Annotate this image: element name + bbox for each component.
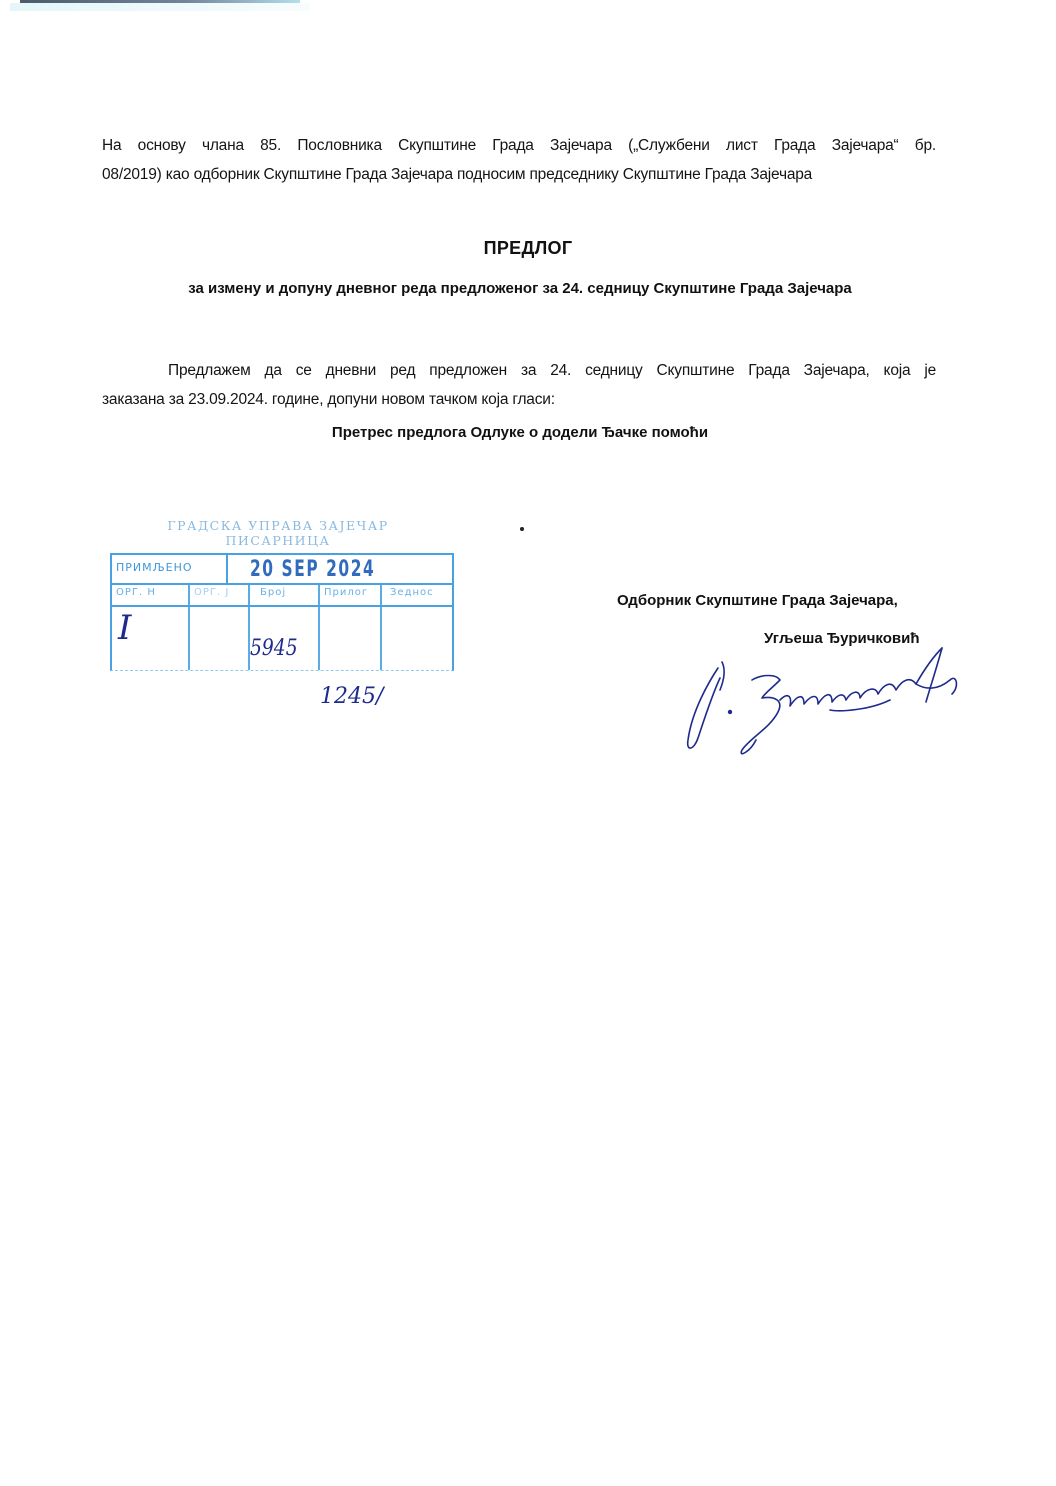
document-subtitle: за измену и допуну дневног реда предложе… xyxy=(0,280,1040,297)
handwritten-registry-number: 5945 xyxy=(250,636,298,661)
scan-edge-glow xyxy=(10,3,310,11)
stamp-divider xyxy=(226,555,228,583)
stamp-row-received: ПРИМЉЕНО 20 SEP 2024 xyxy=(112,555,452,585)
stamp-column-line xyxy=(380,583,382,670)
stamp-row-columns: ОРГ. Н ОРГ. Ј Број Прилог Зеднос xyxy=(112,583,452,607)
stamp-col-org-j: ОРГ. Ј xyxy=(194,587,229,598)
stamp-header-line-1: ГРАДСКА УПРАВА ЗАЈЕЧАР xyxy=(158,518,398,533)
stamp-col-attachment: Прилог xyxy=(324,587,368,598)
agenda-item: Претрес предлога Одлуке о додели Ђачке п… xyxy=(0,424,1040,441)
body-paragraph: Предлажем да се дневни ред предложен за … xyxy=(102,356,936,414)
stamp-header: ГРАДСКА УПРАВА ЗАЈЕЧАР ПИСАРНИЦА xyxy=(158,518,398,548)
stamp-received-label: ПРИМЉЕНО xyxy=(116,561,193,574)
intro-line-2: 08/2019) као одборник Скупштине Града За… xyxy=(102,160,936,189)
stray-dot xyxy=(520,527,524,531)
handwritten-org-mark: I xyxy=(118,608,131,648)
stamp-date: 20 SEP 2024 xyxy=(250,557,375,582)
stamp-column-line xyxy=(318,583,320,670)
document-title: ПРЕДЛОГ xyxy=(0,238,1056,259)
scan-edge xyxy=(20,0,300,3)
handwritten-extra-number: 1245/ xyxy=(320,684,383,709)
stamp-col-number: Број xyxy=(260,587,286,598)
signatory-role: Одборник Скупштине Града Зајечара, xyxy=(617,592,898,609)
stamp-col-org-n: ОРГ. Н xyxy=(116,587,156,598)
body-line-2: заказана за 23.09.2024. године, допуни н… xyxy=(102,385,936,414)
stamp-col-value: Зеднос xyxy=(390,587,434,598)
intro-line-1: На основу члана 85. Пословника Скупштине… xyxy=(102,131,936,160)
handwritten-signature xyxy=(680,640,980,760)
stamp-header-line-2: ПИСАРНИЦА xyxy=(158,533,398,548)
intro-paragraph: На основу члана 85. Пословника Скупштине… xyxy=(102,131,936,189)
stamp-column-line xyxy=(188,583,190,670)
body-line-1: Предлажем да се дневни ред предложен за … xyxy=(102,356,936,385)
